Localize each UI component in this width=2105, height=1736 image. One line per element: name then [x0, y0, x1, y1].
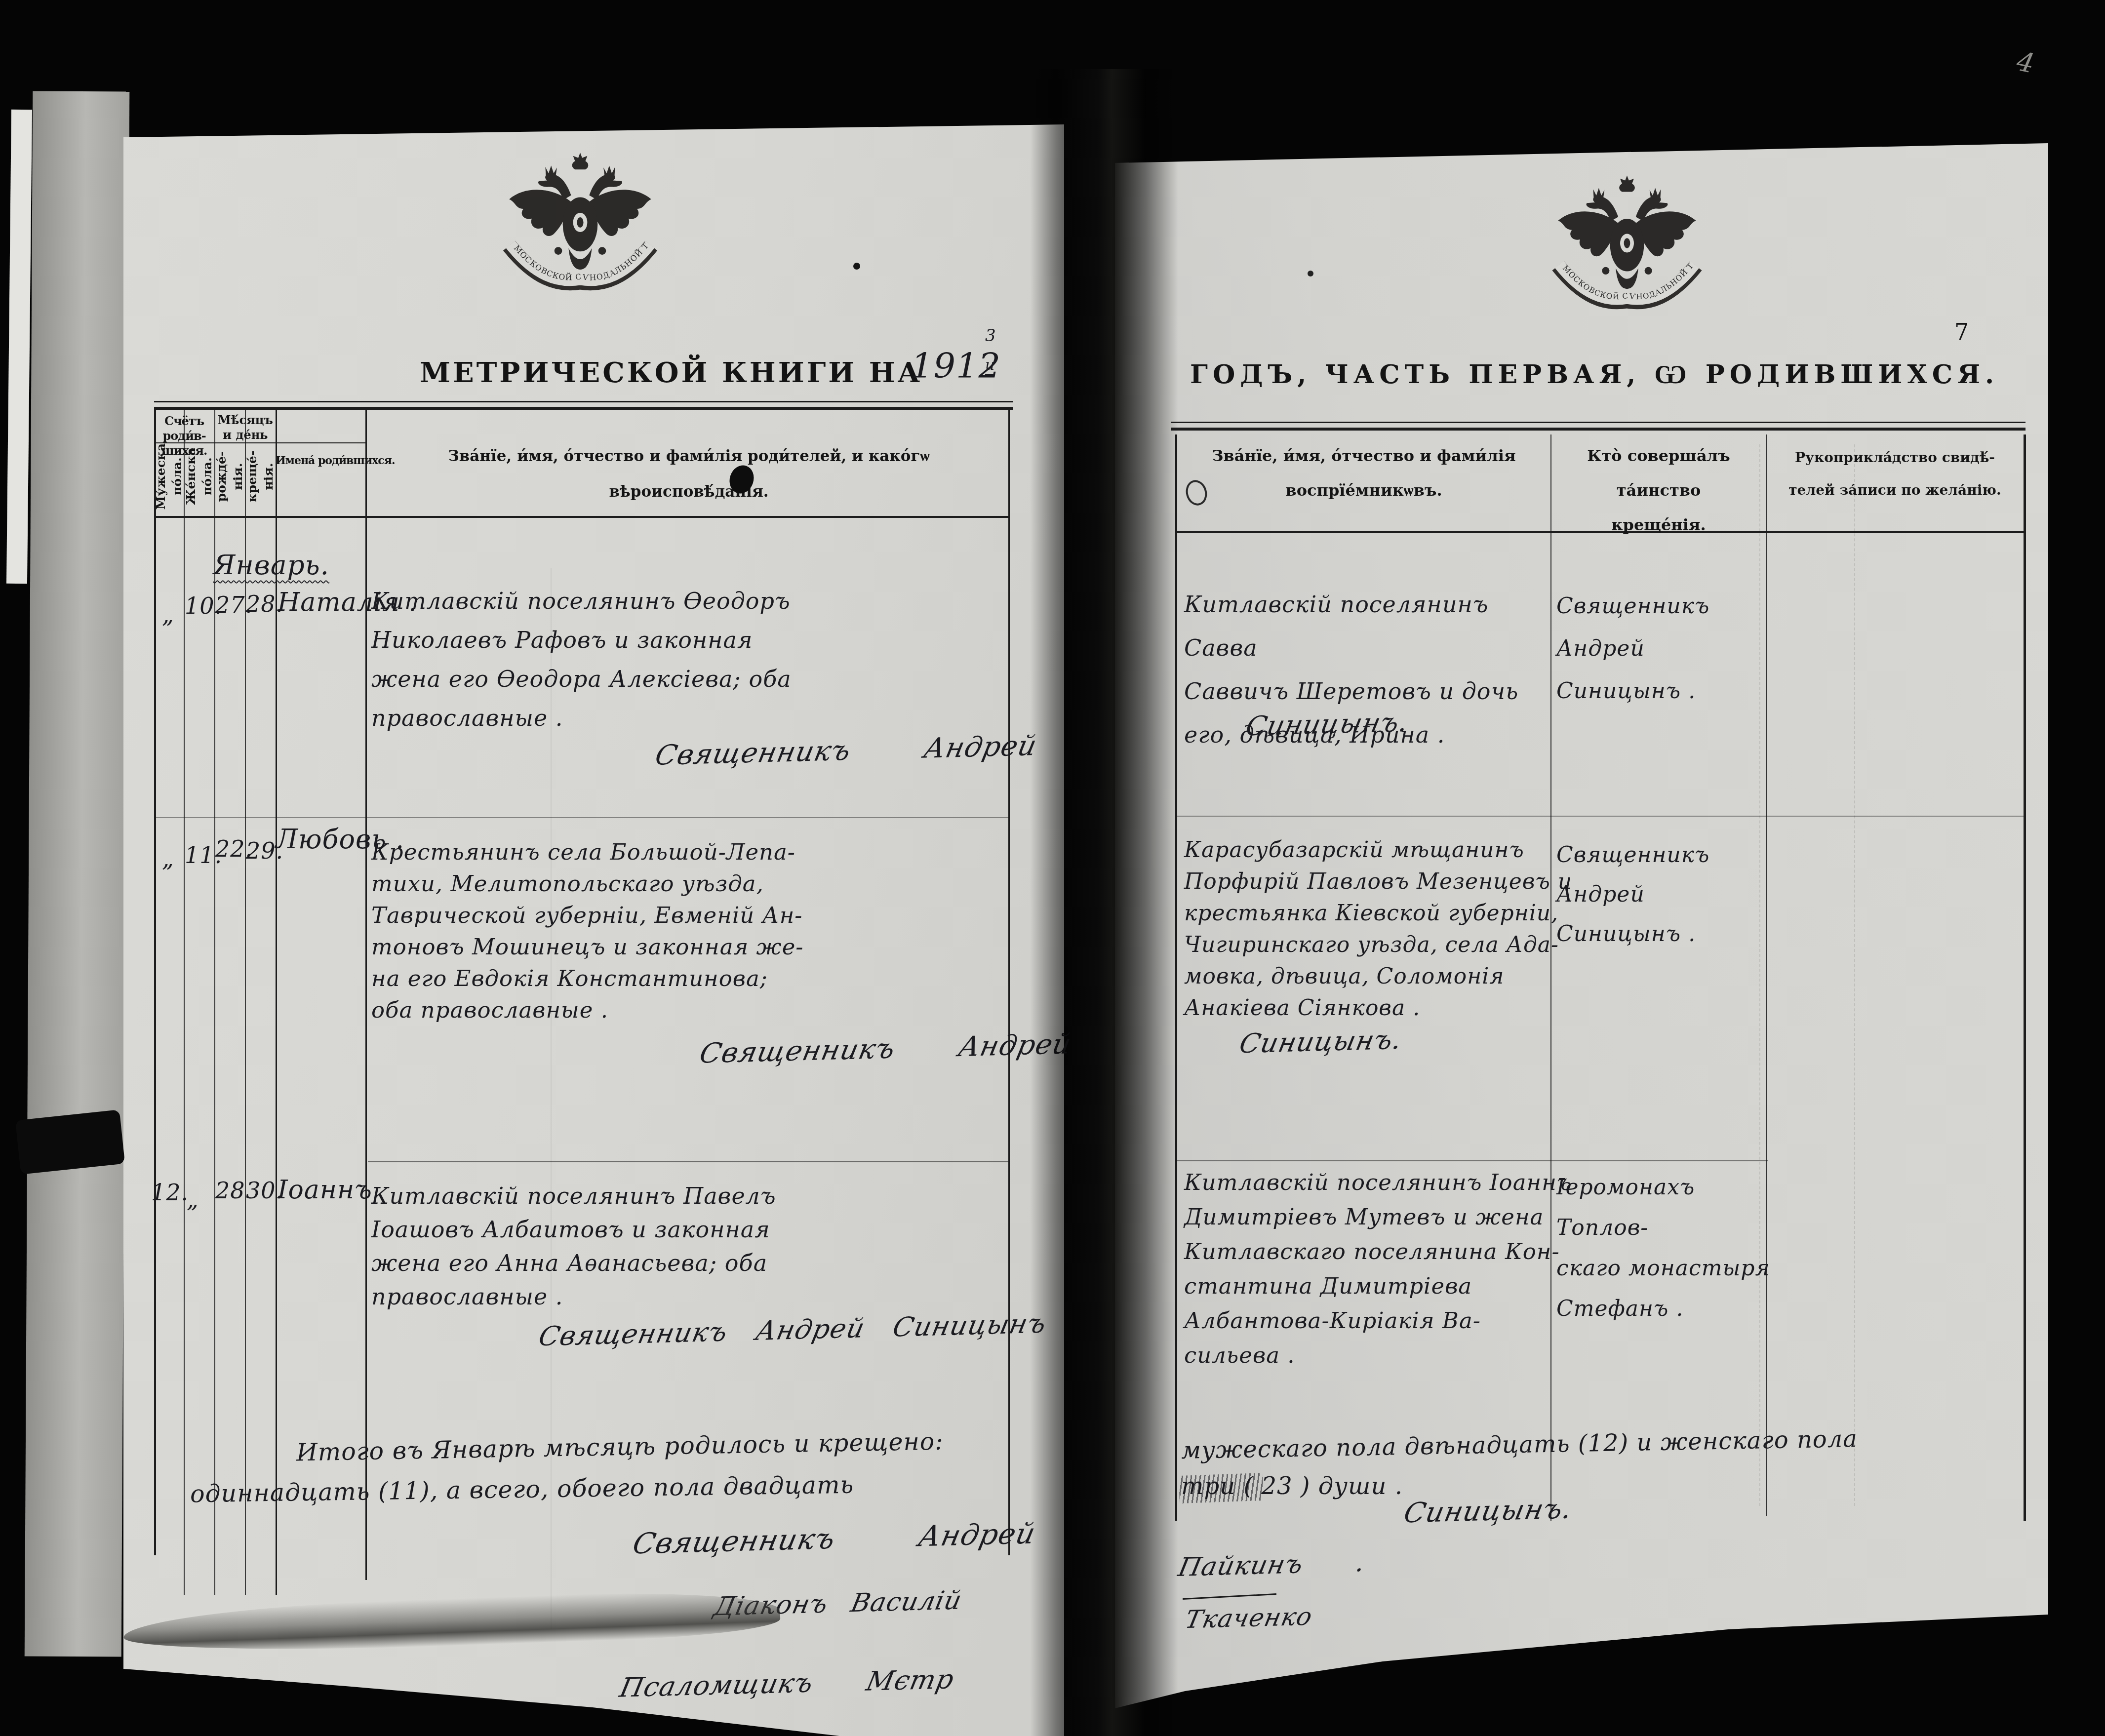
- page-number: 7: [1954, 318, 1969, 345]
- entry-baptized-day: 30.: [246, 1177, 276, 1204]
- entry-parents: Китлавскій поселянинъ Павелъ Іоашовъ Алб…: [371, 1179, 1013, 1313]
- year-mark-bottom: и: [985, 356, 995, 375]
- title-rule: [154, 407, 1013, 410]
- row-divider: [154, 817, 1010, 818]
- column-divider: [184, 410, 185, 1595]
- table-border-left: [154, 410, 156, 1555]
- header-names: Имена́ роди́вшихся.: [276, 454, 366, 467]
- column-divider: [245, 410, 246, 1595]
- entry-godparents: Карасубазарскій мѣщанинъ Порфирій Павлов…: [1184, 834, 1574, 1024]
- header-witnesses: Рукоприкла́дство свидѣ́- телей за́писи п…: [1768, 441, 2022, 507]
- entry-godparents: Китлавскій поселянинъ Іоаннъ Димитріевъ …: [1184, 1165, 1574, 1373]
- ink-dot: [1308, 271, 1313, 276]
- header-female: Же́нска по́ла.: [182, 434, 216, 518]
- right-page-title: ГОДЪ, ЧАСТЬ ПЕРВАЯ, Ѡ РОДИВШИХСЯ.: [1190, 359, 1980, 390]
- paper-crease: [1854, 444, 1856, 1506]
- entry-godparents-signature: Синицынъ.: [1243, 707, 1412, 742]
- ink-scribble: [1179, 1473, 1264, 1503]
- entry-female-no: „: [187, 1186, 199, 1213]
- entry-born-day: 28: [215, 1177, 244, 1204]
- month-label: Январь.: [213, 549, 329, 581]
- header-celebrant: Кто̀ соверша́лъ та́инство креще́нія.: [1552, 438, 1765, 542]
- imperial-eagle-emblem: МОСКОВСКОЙ СѴНОДАЛЬНОЙ ТИПОГРАФІИ: [1546, 172, 1708, 331]
- row-divider: [1175, 1160, 1768, 1161]
- column-divider: [214, 410, 215, 1595]
- entry-male-no: 12.: [151, 1179, 182, 1206]
- entry-female-no: 11.: [185, 842, 213, 868]
- ink-dot: [853, 263, 860, 270]
- entry-baptized-day: 29.: [246, 837, 276, 864]
- left-page-title: МЕТРИЧЕСКОЙ КНИГИ НА: [420, 356, 922, 389]
- entry-male-no: „: [162, 601, 174, 628]
- entry-celebrant: Іеромонахъ Топлов- скаго монастыря Стефа…: [1556, 1167, 1776, 1329]
- title-rule: [1171, 428, 2026, 431]
- imperial-eagle-emblem: МОСКОВСКОЙ СѴНОДАЛЬНОЙ ТИПОГРАФІИ: [496, 148, 664, 314]
- entry-female-no: 10.: [185, 592, 213, 619]
- row-divider: [368, 1161, 1010, 1162]
- entry-parents: Крестьянинъ села Большой-Лепа- тихи, Мел…: [371, 836, 1018, 1026]
- entry-celebrant: Священникъ Андрей Синицынъ .: [1556, 585, 1774, 712]
- stacked-page-edge: [6, 110, 32, 584]
- header-born: рожде́- нія.: [212, 434, 247, 518]
- header-parents: Зва́нїе, и́мя, о́тчество и фами́лія роди…: [370, 438, 1007, 510]
- book-gutter-shadow: [1030, 69, 1178, 1736]
- header-bottom-rule: [154, 516, 1010, 518]
- table-border-right: [2024, 434, 2026, 1521]
- entry-born-day: 27.: [215, 592, 244, 618]
- scanned-book-spread: МОСКОВСКОЙ СѴНОДАЛЬНОЙ ТИПОГРАФІИ МЕТРИЧ…: [0, 0, 2105, 1736]
- stacked-page-edge: [25, 91, 130, 1657]
- title-rule: [154, 401, 1013, 402]
- entry-name: Іоаннъ: [278, 1175, 372, 1205]
- entry-baptized-day: 28.: [246, 591, 276, 617]
- summary-signature: Пайкинъ .: [1176, 1548, 1368, 1582]
- binder-clip: [15, 1109, 125, 1175]
- corner-mark: 4: [2014, 45, 2038, 79]
- row-divider: [1175, 816, 2026, 817]
- summary-signature: Синицынъ.: [1401, 1493, 1575, 1530]
- column-divider: [365, 410, 367, 1580]
- column-divider: [276, 410, 277, 1595]
- entry-celebrant: Священникъ Андрей Синицынъ .: [1556, 835, 1774, 954]
- entry-male-no: „: [162, 845, 174, 872]
- summary-signature: Ткаченко: [1183, 1602, 1315, 1634]
- title-rule: [1171, 422, 2026, 423]
- entry-born-day: 22.: [215, 835, 244, 862]
- header-godparents: Зва́нїе, и́мя, о́тчество и фами́лія восп…: [1178, 438, 1549, 508]
- year-mark-top: 3: [985, 326, 996, 346]
- header-male: Му́жеска по́ла.: [152, 434, 186, 518]
- entry-parents: Китлавскій поселянинъ Ѳеодоръ Николаевъ …: [371, 582, 1013, 738]
- header-baptized: креще́- нія.: [243, 434, 278, 518]
- entry-godparents-signature: Синицынъ.: [1237, 1024, 1405, 1060]
